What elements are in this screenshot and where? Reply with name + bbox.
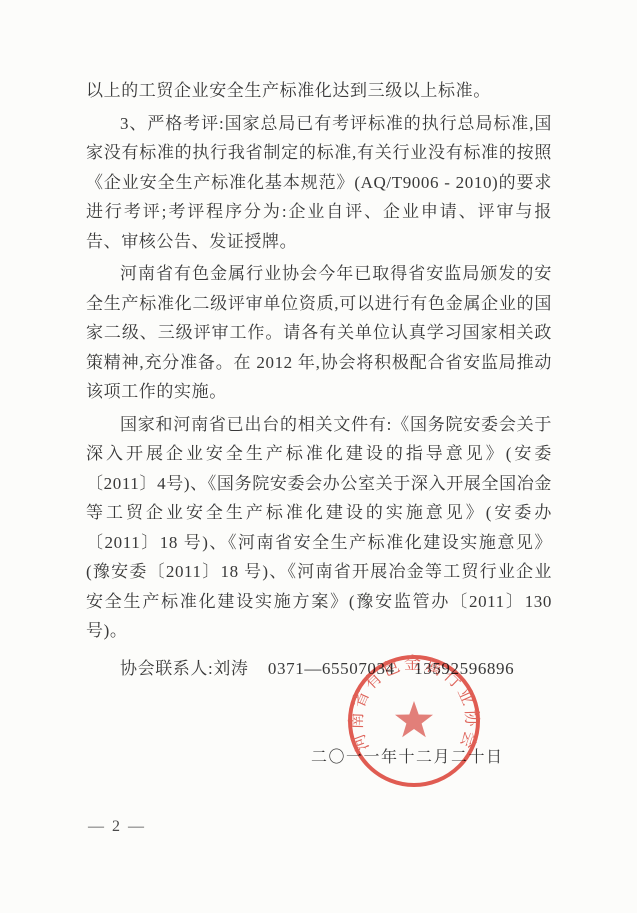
page-number: — 2 — [88, 818, 146, 836]
body-paragraph: 河南省有色金属行业协会今年已取得省安监局颁发的安全生产标准化二级评审单位资质,可… [86, 259, 552, 407]
official-seal: 河南省有色金属行业协会 [344, 651, 484, 791]
body-paragraph: 以上的工贸企业安全生产标准化达到三级以上标准。 [86, 76, 552, 106]
body-paragraph: 3、严格考评:国家总局已有考评标准的执行总局标准,国家没有标准的执行我省制定的标… [86, 109, 552, 257]
document-body: 以上的工贸企业安全生产标准化达到三级以上标准。 3、严格考评:国家总局已有考评标… [86, 76, 552, 686]
body-paragraph: 国家和河南省已出台的相关文件有:《国务院安委会关于深入开展企业安全生产标准化建设… [86, 410, 552, 646]
document-page: 以上的工贸企业安全生产标准化达到三级以上标准。 3、严格考评:国家总局已有考评标… [0, 0, 637, 913]
star-icon [395, 701, 433, 737]
